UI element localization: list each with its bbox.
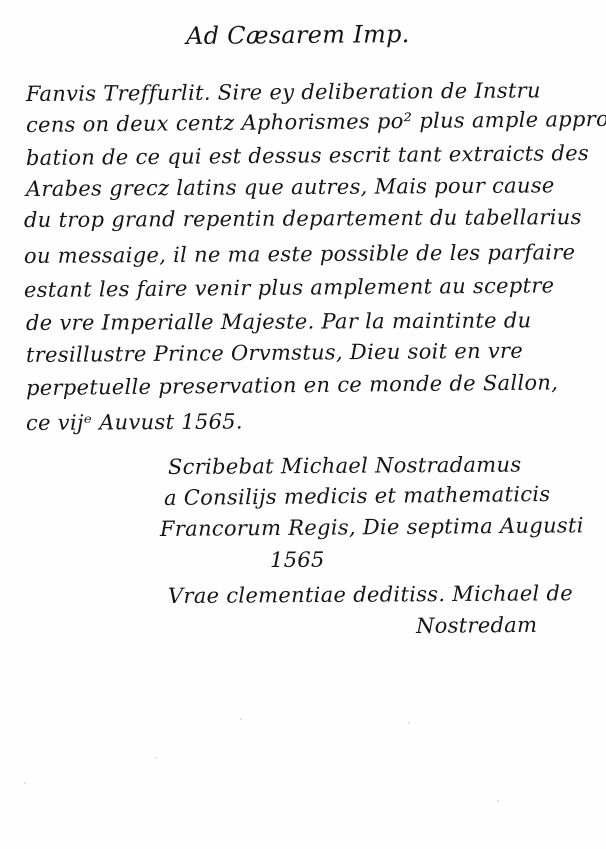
body-line: bation de ce qui est dessus escrit tant …: [26, 141, 589, 170]
body-line: tresillustre Prince Orvmstus, Dieu soit …: [26, 339, 523, 367]
body-line: de vre Imperialle Majeste. Par la mainti…: [26, 308, 532, 335]
closing-line: Francorum Regis, Die septima Augusti: [160, 513, 584, 541]
body-line: ou messaige, il ne ma este possible de l…: [24, 240, 575, 268]
paper-speck: [497, 800, 499, 802]
manuscript-page: Ad Cæsarem Imp. Fanvis Treffurlit. Sire …: [0, 0, 606, 849]
body-line: perpetuelle preservation en ce monde de …: [26, 370, 558, 400]
paper-speck: [240, 718, 242, 720]
body-line: cens on deux centz Aphorismes po² plus a…: [26, 107, 606, 137]
paper-speck: [24, 782, 26, 784]
paper-speck: [155, 757, 157, 759]
paper-speck: [408, 722, 410, 724]
body-line: estant les faire venir plus amplement au…: [24, 273, 555, 302]
signature-line: Vrae clementiae deditiss. Michael de: [168, 581, 573, 608]
closing-date: 1565: [270, 548, 325, 572]
body-line: Fanvis Treffurlit. Sire ey deliberation …: [26, 78, 541, 106]
body-line: Arabes grecz latins que autres, Mais pou…: [26, 173, 555, 201]
closing-line: a Consilijs medicis et mathematicis: [164, 482, 551, 510]
closing-line: Scribebat Michael Nostradamus: [168, 453, 522, 479]
letter-title: Ad Cæsarem Imp.: [186, 20, 410, 50]
body-line: ce vijᵉ Auvust 1565.: [26, 409, 243, 435]
body-line: du trop grand repentin departement du ta…: [24, 205, 582, 232]
signature-name: Nostredam: [416, 613, 538, 638]
